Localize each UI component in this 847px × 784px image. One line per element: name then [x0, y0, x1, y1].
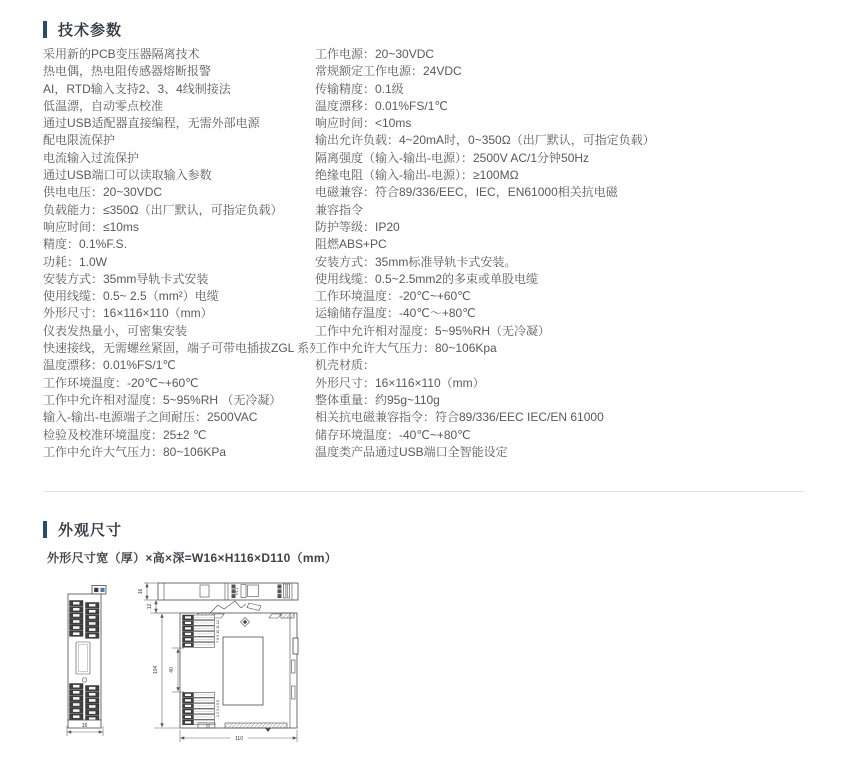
spec-item: 通过USB端口可以读取输入参数: [43, 167, 357, 184]
terminal-cell: [185, 710, 191, 712]
spec-item: 工作环境温度：-20℃~+60℃: [315, 288, 825, 305]
spec-item: 运输储存温度：-40℃～+80℃: [315, 305, 825, 322]
terminal-cell: [73, 626, 80, 629]
accent-bar: [43, 521, 47, 538]
spec-item: 响应时间：≤10ms: [43, 219, 357, 236]
dimension-section-title-text: 外观尺寸: [58, 519, 122, 540]
terminal-cell: [73, 632, 80, 635]
terminal-cell: [89, 604, 96, 607]
top-hatch-right: [281, 613, 294, 618]
spec-item: 温度类产品通过USB端口全智能设定: [315, 444, 825, 461]
spec-item: 隔离强度（输入-输出-电源）：2500V AC/1分钟50Hz: [315, 150, 825, 167]
terminal-cell: [89, 711, 96, 714]
terminal-cell: [73, 697, 80, 700]
spec-item: 输入-输出-电源端子之间耐压：2500VAC: [43, 409, 357, 426]
spec-item: 储存环境温度：-40℃~+80℃: [315, 427, 825, 444]
side-view: 12 7 8 9 10 11 12 1 2 3 4 5 6 1: [147, 601, 298, 743]
tech-section-title: 技术参数: [43, 19, 122, 40]
spec-item: 通过USB适配器直接编程，无需外部电源: [43, 115, 357, 132]
upper-terminal-numbers: 7 8 9 10 11 12: [216, 620, 220, 643]
terminal-cell: [185, 721, 191, 723]
terminal-cell: [185, 638, 191, 640]
connector-pin: [100, 588, 104, 592]
dimension-drawing: 16 V1.1 16: [38, 572, 328, 777]
terminal-cell: [73, 602, 80, 605]
clip-lever: [247, 603, 261, 611]
terminal-cell: [89, 634, 96, 637]
terminal-cell: [185, 633, 191, 635]
terminal-cell: [185, 716, 191, 718]
terminal-cell: [185, 694, 191, 696]
terminal-cell: [73, 715, 80, 718]
spec-item: 外形尺寸：16×116×110（mm）: [315, 375, 825, 392]
terminal-cell: [73, 608, 80, 611]
spec-item: 常规额定工作电源：24VDC: [315, 63, 825, 80]
spec-item: 温度漂移：0.01%FS/1℃: [315, 98, 825, 115]
terminal-cell: [89, 705, 96, 708]
spec-item: 工作环境温度：-20℃~+60℃: [43, 375, 357, 392]
terminal-cell: [185, 644, 191, 646]
spec-item: 阻燃ABS+PC: [315, 236, 825, 253]
spec-item: 采用新的PCB变压器隔离技术: [43, 46, 357, 63]
spec-item: 整体重量：约95g~110g: [315, 392, 825, 409]
accent-bar: [43, 21, 47, 38]
spec-item: 电流输入过流保护: [43, 150, 357, 167]
terminal-cell: [73, 620, 80, 623]
terminal-cell: [89, 687, 96, 690]
spec-item: 仪表发热量小，可密集安装: [43, 323, 357, 340]
spec-item: 热电偶，热电阻传感器熔断报警: [43, 63, 357, 80]
spec-item: 防护等级：IP20: [315, 219, 825, 236]
terminal-cell: [89, 628, 96, 631]
section-divider: [43, 491, 805, 492]
front-view: 16: [67, 586, 106, 737]
terminal-span-label: 40: [169, 667, 175, 673]
spec-item: 检验及校准环境温度：25±2 ℃: [43, 427, 357, 444]
connector-pin: [94, 588, 98, 592]
spec-item: 快速接线，无需螺丝紧固，端子可带电插拔ZGL 系列隔离器: [43, 340, 357, 357]
body-height-label: 104: [153, 666, 159, 675]
spec-item: 使用线缆：0.5~ 2.5（mm²）电缆: [43, 288, 357, 305]
terminal-cell: [89, 699, 96, 702]
terminal-cell: [73, 709, 80, 712]
spec-item: 响应时间：<10ms: [315, 115, 825, 132]
terminal-cell: [185, 699, 191, 701]
spec-item: 使用线缆：0.5~2.5mm2的多束或单股电缆: [315, 271, 825, 288]
spec-item: 工作电源：20~30VDC: [315, 46, 825, 63]
terminal-cell: [73, 685, 80, 688]
terminal-cell: [89, 610, 96, 613]
version-label: V1.1: [235, 588, 239, 595]
bottom-hatch: [225, 723, 287, 728]
spec-item: 输出允许负载：4~20mA时，0~350Ω（出厂默认，可指定负载）: [315, 132, 825, 149]
din-clip-tab: [265, 728, 271, 732]
spec-item: 电磁兼容：符合89/336/EEC，IEC，EN61000相关抗电磁: [315, 184, 825, 201]
spec-item: 工作中允许大气压力：80~106KPa: [43, 444, 357, 461]
spec-item: 负载能力：≤350Ω（出厂默认，可指定负载）: [43, 202, 357, 219]
top-view-right-stack: [278, 585, 282, 599]
spec-item: 工作中允许相对湿度：5~95%RH（无冷凝）: [315, 323, 825, 340]
spec-item: 工作中允许相对湿度：5~95%RH （无冷凝）: [43, 392, 357, 409]
terminal-cell: [185, 616, 191, 618]
top-view: V1.1 16: [138, 583, 298, 600]
spec-item: 传输精度：0.1级: [315, 81, 825, 98]
tech-specs-left-column: 采用新的PCB变压器隔离技术热电偶，热电阻传感器熔断报警AI，RTD输入支持2、…: [43, 46, 357, 461]
clip-height-label: 12: [147, 604, 153, 610]
terminal-cell: [73, 691, 80, 694]
dimension-section-title: 外观尺寸: [43, 519, 122, 540]
spring-clip: [210, 601, 246, 613]
terminal-cell: [185, 627, 191, 629]
spec-item: 机壳材质：: [315, 357, 825, 374]
lower-terminal-numbers: 1 2 3 4 5 6: [216, 700, 220, 717]
spec-item: 供电电压：20~30VDC: [43, 184, 357, 201]
spec-item: 温度漂移：0.01%FS/1℃: [43, 357, 357, 374]
terminal-cell: [89, 622, 96, 625]
spec-item: 外形尺寸：16×116×110（mm）: [43, 305, 357, 322]
terminal-cell: [73, 614, 80, 617]
spec-item: 兼容指令: [315, 202, 825, 219]
terminal-cell: [185, 705, 191, 707]
tech-specs-right-column: 工作电源：20~30VDC常规额定工作电源：24VDC传输精度：0.1级温度漂移…: [315, 46, 825, 461]
terminal-cell: [89, 616, 96, 619]
spec-item: 工作中允许大气压力：80~106Kpa: [315, 340, 825, 357]
spec-item: 功耗：1.0W: [43, 254, 357, 271]
terminal-cell: [73, 703, 80, 706]
depth-label: 110: [235, 736, 243, 742]
top-width-label: 16: [138, 589, 144, 595]
spec-item: 低温漂，自动零点校准: [43, 98, 357, 115]
spec-item: 安装方式：35mm导轨卡式安装: [43, 271, 357, 288]
spec-item: 相关抗电磁兼容指令：符合89/336/EEC IEC/EN 61000: [315, 409, 825, 426]
tech-section-title-text: 技术参数: [58, 19, 122, 40]
spec-item: 精度：0.1%F.S.: [43, 236, 357, 253]
spec-item: 绝缘电阻（输入-输出-电源）：≥100MΩ: [315, 167, 825, 184]
spec-item: AI，RTD输入支持2、3、4线制接法: [43, 81, 357, 98]
front-width-label: 16: [82, 723, 88, 729]
terminal-cell: [89, 693, 96, 696]
spec-item: 安装方式：35mm标准导轨卡式安装。: [315, 254, 825, 271]
terminal-cell: [185, 622, 191, 624]
overall-dimension-note: 外形尺寸宽（厚）×高×深=W16×H116×D110（mm）: [47, 549, 337, 566]
spec-item: 配电限流保护: [43, 132, 357, 149]
